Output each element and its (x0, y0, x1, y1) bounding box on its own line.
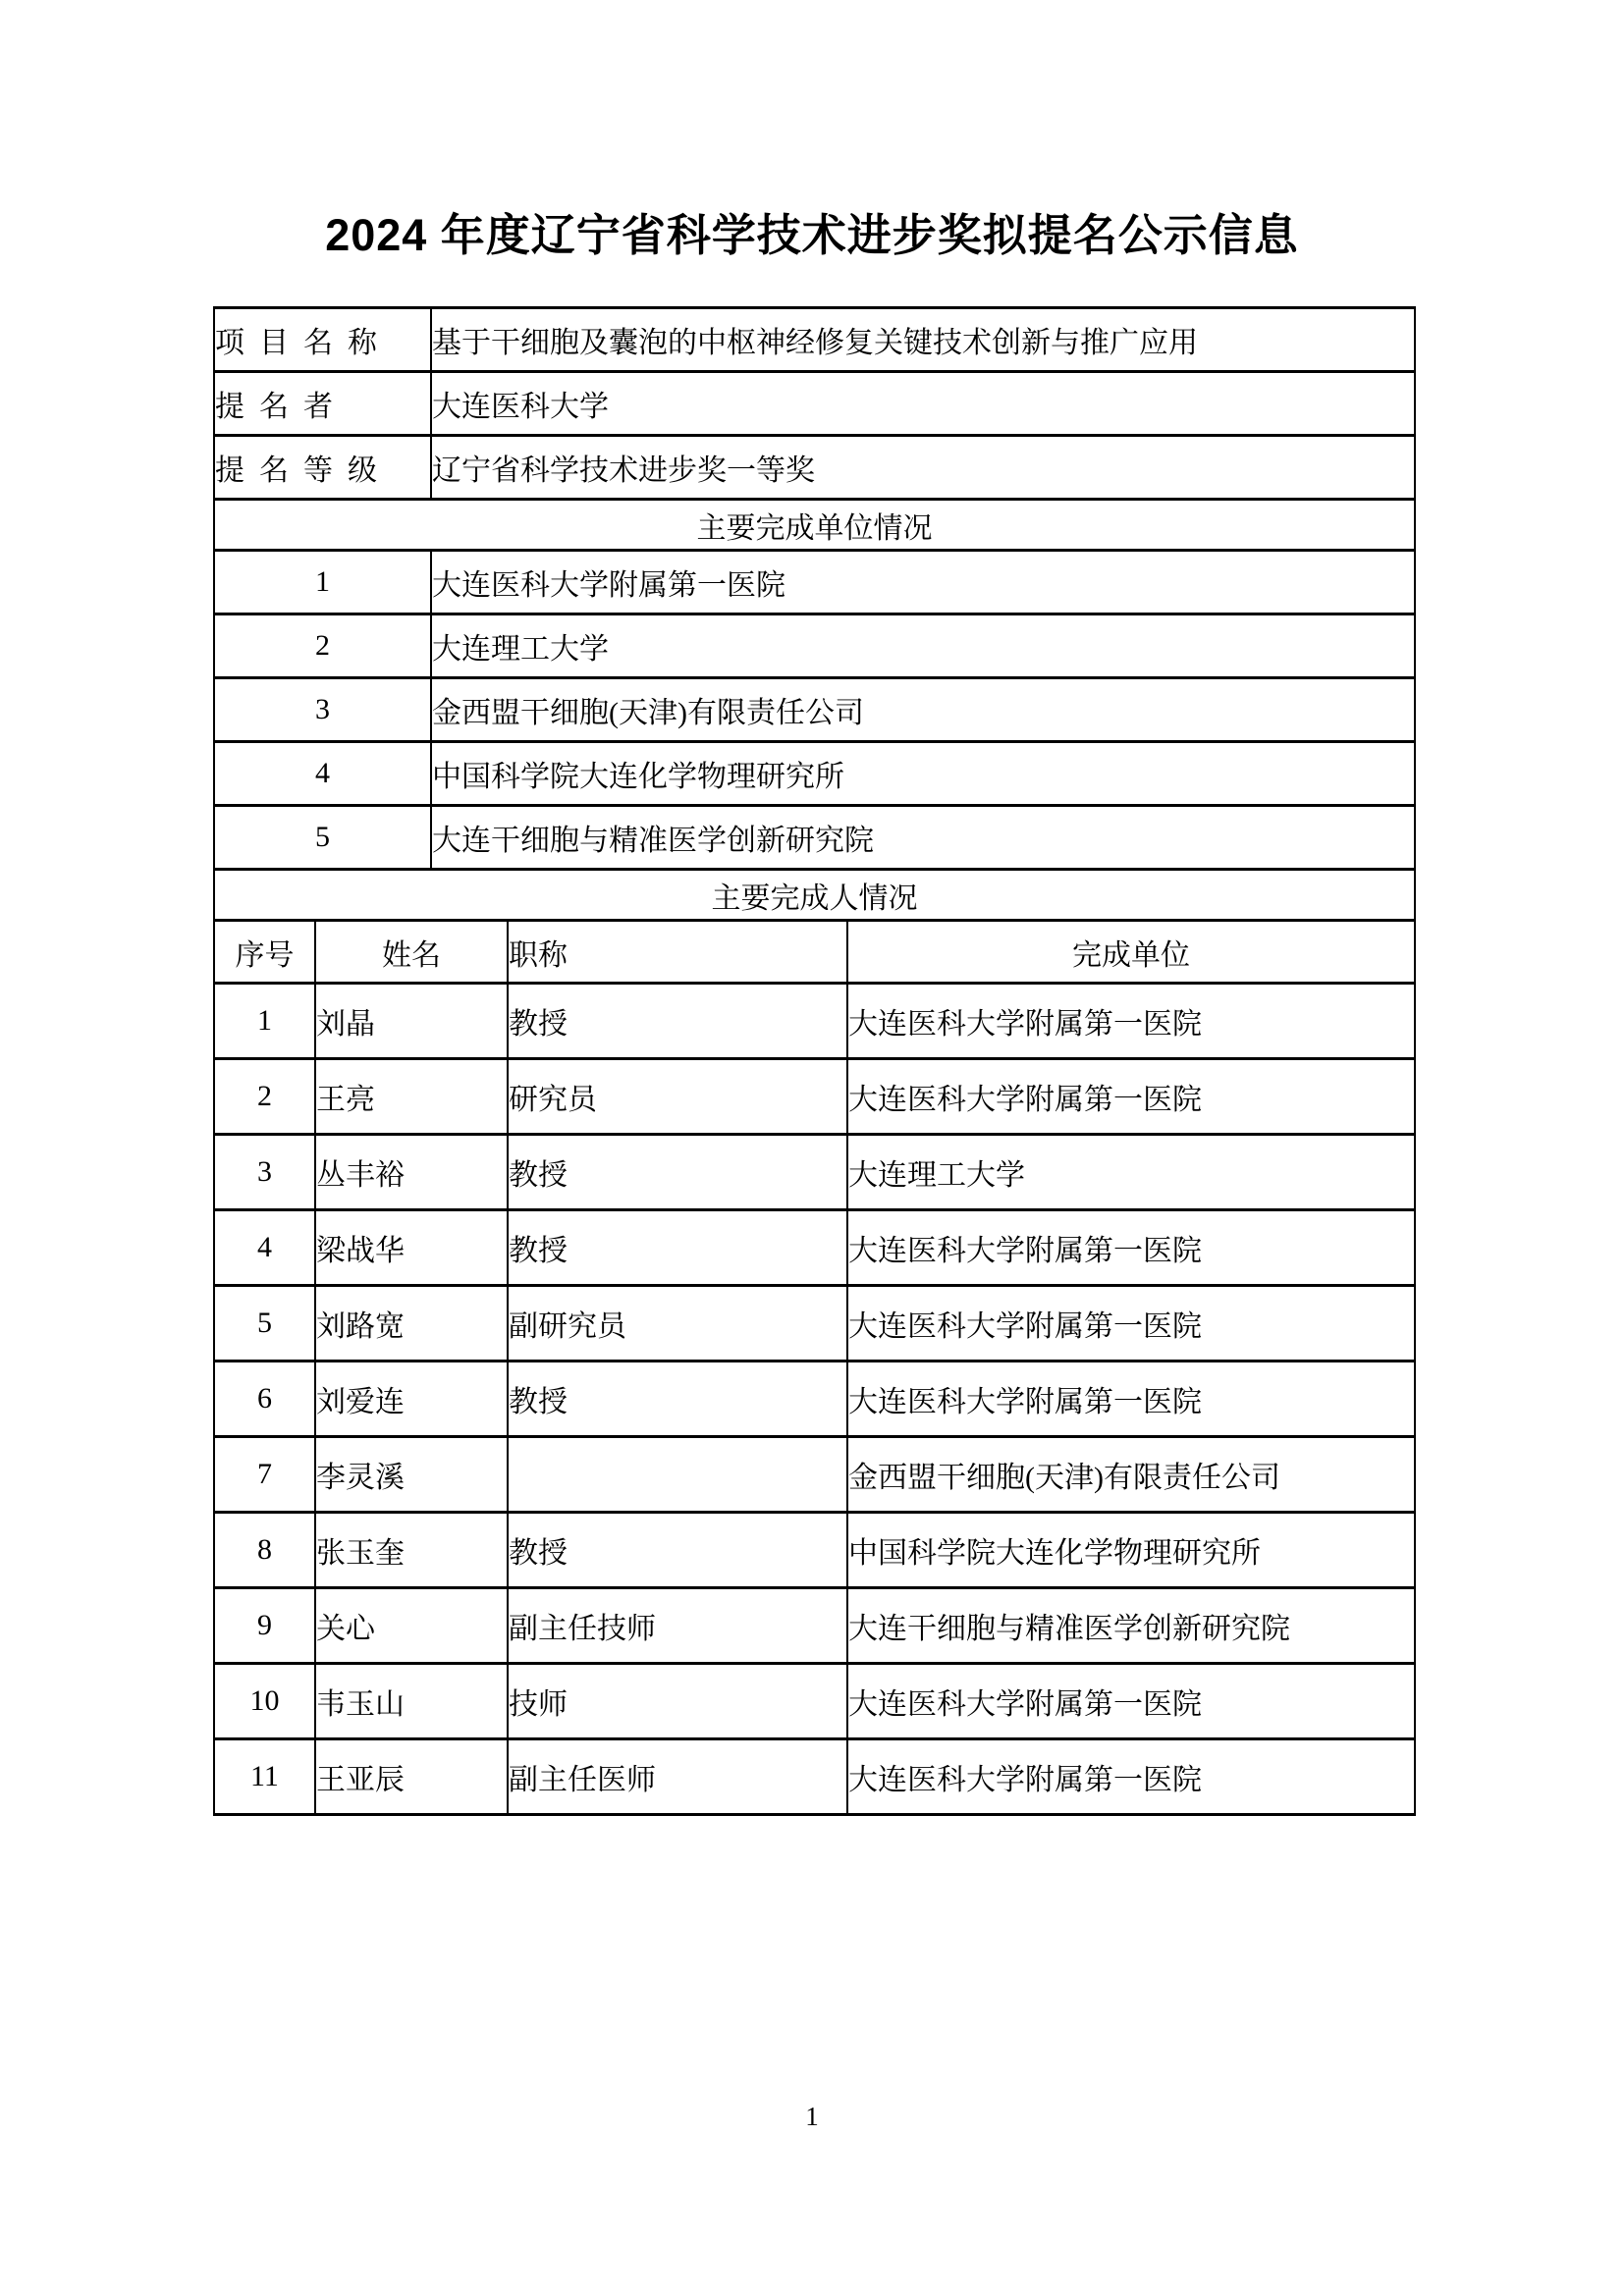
table-row: 提名等级 辽宁省科学技术进步奖一等奖 (214, 436, 1415, 500)
unit-name-cell: 大连干细胞与精准医学创新研究院 (431, 806, 1415, 870)
table-row: 10 韦玉山 技师 大连医科大学附属第一医院 (214, 1664, 1415, 1739)
nomination-table: 项目名称 基于干细胞及囊泡的中枢神经修复关键技术创新与推广应用 提名者 大连医科… (213, 306, 1416, 1816)
person-no-cell: 5 (214, 1286, 315, 1362)
nomination-grade-value: 辽宁省科学技术进步奖一等奖 (431, 436, 1415, 500)
person-no-cell: 8 (214, 1513, 315, 1588)
person-title-cell: 教授 (508, 1362, 847, 1437)
person-title-cell: 技师 (508, 1664, 847, 1739)
person-unit-cell: 大连医科大学附属第一医院 (847, 1286, 1415, 1362)
person-no-cell: 7 (214, 1437, 315, 1513)
page-title: 2024 年度辽宁省科学技术进步奖拟提名公示信息 (0, 204, 1624, 267)
table-row: 11 王亚辰 副主任医师 大连医科大学附属第一医院 (214, 1739, 1415, 1815)
table-row: 项目名称 基于干细胞及囊泡的中枢神经修复关键技术创新与推广应用 (214, 308, 1415, 372)
table-row: 3 金西盟干细胞(天津)有限责任公司 (214, 678, 1415, 742)
table-header-row: 序号 姓名 职称 完成单位 (214, 921, 1415, 984)
person-title-cell: 教授 (508, 1210, 847, 1286)
person-title-cell: 副研究员 (508, 1286, 847, 1362)
document-page: 2024 年度辽宁省科学技术进步奖拟提名公示信息 项目名称 基于干细胞及囊泡的中… (0, 0, 1624, 2296)
person-unit-cell: 大连医科大学附属第一医院 (847, 984, 1415, 1059)
unit-name-cell: 大连医科大学附属第一医院 (431, 551, 1415, 614)
person-no-cell: 9 (214, 1588, 315, 1664)
table-row: 5 刘路宽 副研究员 大连医科大学附属第一医院 (214, 1286, 1415, 1362)
table-row: 4 梁战华 教授 大连医科大学附属第一医院 (214, 1210, 1415, 1286)
table-row: 9 关心 副主任技师 大连干细胞与精准医学创新研究院 (214, 1588, 1415, 1664)
unit-no-cell: 1 (214, 551, 431, 614)
table-row: 主要完成人情况 (214, 870, 1415, 921)
table-row: 4 中国科学院大连化学物理研究所 (214, 742, 1415, 806)
column-header-unit: 完成单位 (847, 921, 1415, 984)
person-no-cell: 11 (214, 1739, 315, 1815)
unit-name-cell: 大连理工大学 (431, 614, 1415, 678)
table-row: 1 刘晶 教授 大连医科大学附属第一医院 (214, 984, 1415, 1059)
unit-no-cell: 5 (214, 806, 431, 870)
person-title-cell: 研究员 (508, 1059, 847, 1135)
person-no-cell: 1 (214, 984, 315, 1059)
person-title-cell (508, 1437, 847, 1513)
table-row: 2 王亮 研究员 大连医科大学附属第一医院 (214, 1059, 1415, 1135)
person-unit-cell: 大连医科大学附属第一医院 (847, 1059, 1415, 1135)
person-name-cell: 关心 (315, 1588, 508, 1664)
person-name-cell: 刘爱连 (315, 1362, 508, 1437)
person-unit-cell: 大连医科大学附属第一医院 (847, 1362, 1415, 1437)
person-unit-cell: 大连医科大学附属第一医院 (847, 1664, 1415, 1739)
person-unit-cell: 大连理工大学 (847, 1135, 1415, 1210)
table-row: 提名者 大连医科大学 (214, 372, 1415, 436)
nominator-value: 大连医科大学 (431, 372, 1415, 436)
unit-name-cell: 中国科学院大连化学物理研究所 (431, 742, 1415, 806)
person-title-cell: 教授 (508, 984, 847, 1059)
units-section-header: 主要完成单位情况 (214, 500, 1415, 551)
person-no-cell: 6 (214, 1362, 315, 1437)
table-row: 5 大连干细胞与精准医学创新研究院 (214, 806, 1415, 870)
page-number: 1 (0, 2101, 1624, 2132)
person-name-cell: 丛丰裕 (315, 1135, 508, 1210)
table-row: 2 大连理工大学 (214, 614, 1415, 678)
person-title-cell: 教授 (508, 1135, 847, 1210)
person-no-cell: 3 (214, 1135, 315, 1210)
person-title-cell: 教授 (508, 1513, 847, 1588)
column-header-no: 序号 (214, 921, 315, 984)
person-name-cell: 张玉奎 (315, 1513, 508, 1588)
project-name-label: 项目名称 (214, 308, 431, 372)
person-unit-cell: 中国科学院大连化学物理研究所 (847, 1513, 1415, 1588)
table-row: 6 刘爱连 教授 大连医科大学附属第一医院 (214, 1362, 1415, 1437)
person-title-cell: 副主任技师 (508, 1588, 847, 1664)
person-name-cell: 梁战华 (315, 1210, 508, 1286)
column-header-title: 职称 (508, 921, 847, 984)
unit-no-cell: 3 (214, 678, 431, 742)
person-unit-cell: 金西盟干细胞(天津)有限责任公司 (847, 1437, 1415, 1513)
person-name-cell: 李灵溪 (315, 1437, 508, 1513)
project-name-value: 基于干细胞及囊泡的中枢神经修复关键技术创新与推广应用 (431, 308, 1415, 372)
table-row: 8 张玉奎 教授 中国科学院大连化学物理研究所 (214, 1513, 1415, 1588)
unit-no-cell: 4 (214, 742, 431, 806)
person-no-cell: 4 (214, 1210, 315, 1286)
person-no-cell: 2 (214, 1059, 315, 1135)
table-row: 3 丛丰裕 教授 大连理工大学 (214, 1135, 1415, 1210)
person-title-cell: 副主任医师 (508, 1739, 847, 1815)
unit-name-cell: 金西盟干细胞(天津)有限责任公司 (431, 678, 1415, 742)
person-name-cell: 刘路宽 (315, 1286, 508, 1362)
table-row: 1 大连医科大学附属第一医院 (214, 551, 1415, 614)
person-name-cell: 王亚辰 (315, 1739, 508, 1815)
persons-section-header: 主要完成人情况 (214, 870, 1415, 921)
person-name-cell: 韦玉山 (315, 1664, 508, 1739)
person-name-cell: 刘晶 (315, 984, 508, 1059)
nomination-grade-label: 提名等级 (214, 436, 431, 500)
table-row: 主要完成单位情况 (214, 500, 1415, 551)
person-unit-cell: 大连干细胞与精准医学创新研究院 (847, 1588, 1415, 1664)
unit-no-cell: 2 (214, 614, 431, 678)
person-unit-cell: 大连医科大学附属第一医院 (847, 1210, 1415, 1286)
person-name-cell: 王亮 (315, 1059, 508, 1135)
table-row: 7 李灵溪 金西盟干细胞(天津)有限责任公司 (214, 1437, 1415, 1513)
person-unit-cell: 大连医科大学附属第一医院 (847, 1739, 1415, 1815)
nominator-label: 提名者 (214, 372, 431, 436)
column-header-name: 姓名 (315, 921, 508, 984)
person-no-cell: 10 (214, 1664, 315, 1739)
